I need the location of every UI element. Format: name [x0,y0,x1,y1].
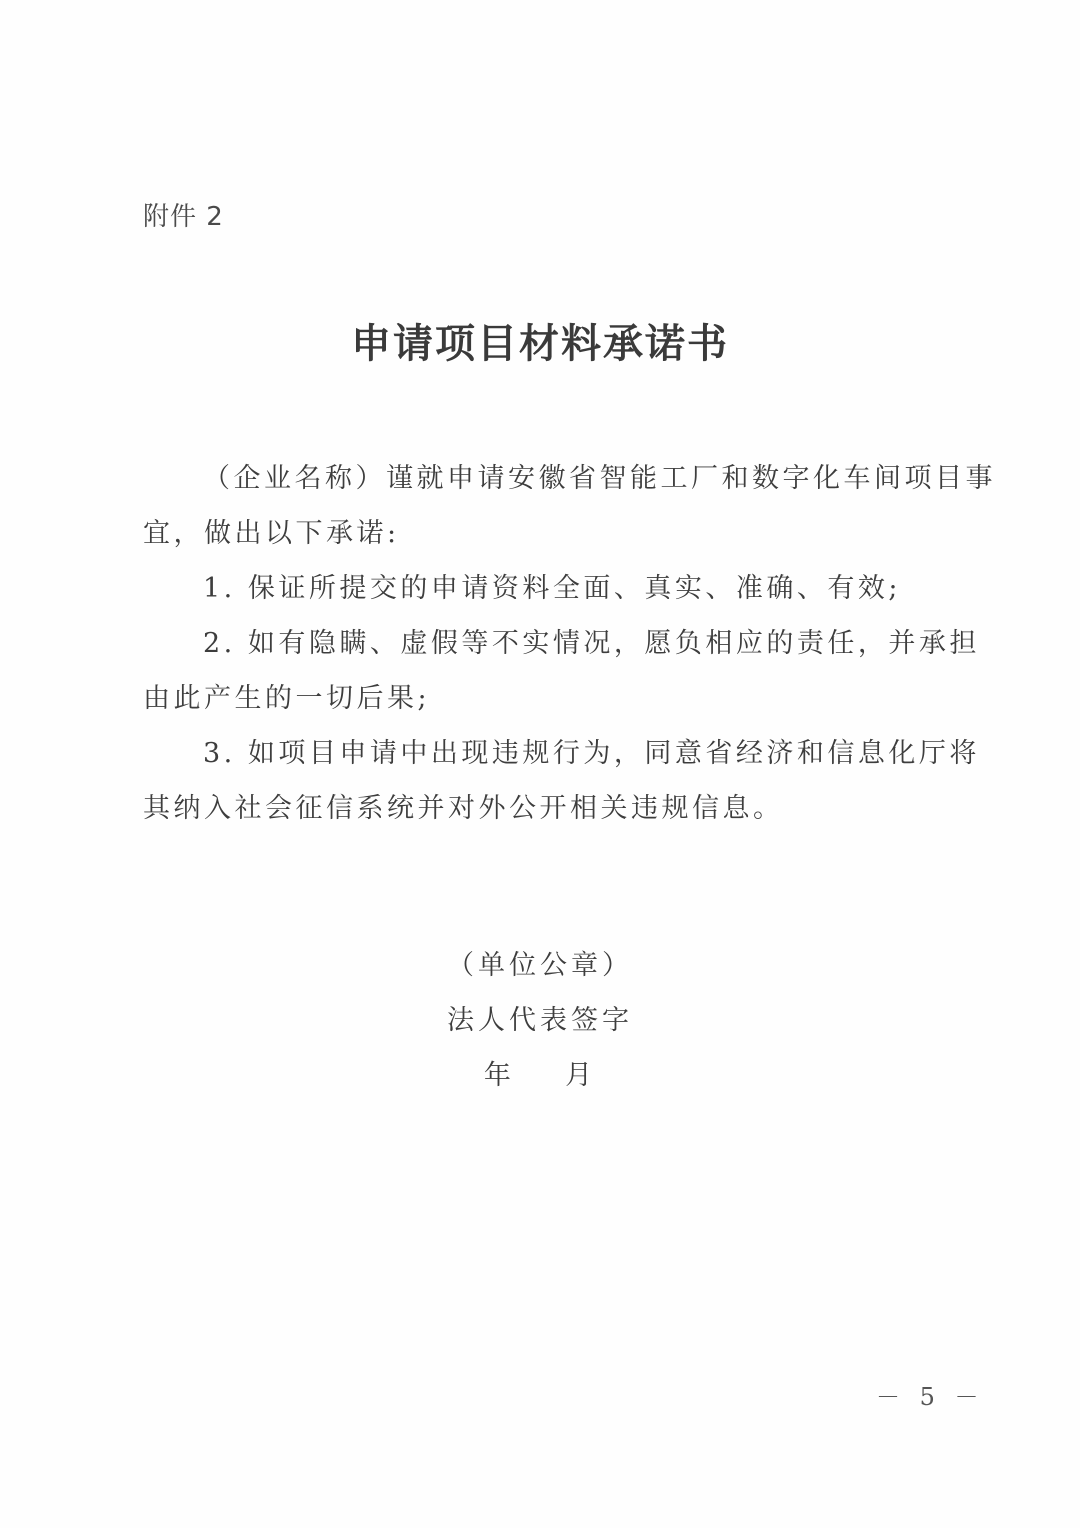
commitment-item-3-cont: 其纳入社会征信系统并对外公开相关违规信息。 [143,786,784,825]
document-page: 附件 2 申请项目材料承诺书 （企业名称）谨就申请安徽省智能工厂和数字化车间项目… [0,0,1080,1528]
commitment-item-1: 1. 保证所提交的申请资料全面、真实、准确、有效; [203,566,901,605]
page-title: 申请项目材料承诺书 [0,312,1080,369]
commitment-item-3: 3. 如项目申请中出现违规行为，同意省经济和信息化厅将 [203,731,980,770]
date-label: 年 月 [0,1053,1080,1092]
intro-line-1: （企业名称）谨就申请安徽省智能工厂和数字化车间项目事 [203,456,996,495]
page-number: － 5 － [876,1377,985,1412]
commitment-item-2-cont: 由此产生的一切后果; [143,676,430,715]
legal-rep-signature-label: 法人代表签字 [0,998,1080,1037]
seal-label: （单位公章） [0,943,1080,982]
commitment-item-2: 2. 如有隐瞒、虚假等不实情况，愿负相应的责任，并承担 [203,621,980,660]
attachment-label: 附件 2 [143,196,224,233]
intro-line-2: 宜，做出以下承诺: [143,511,400,550]
